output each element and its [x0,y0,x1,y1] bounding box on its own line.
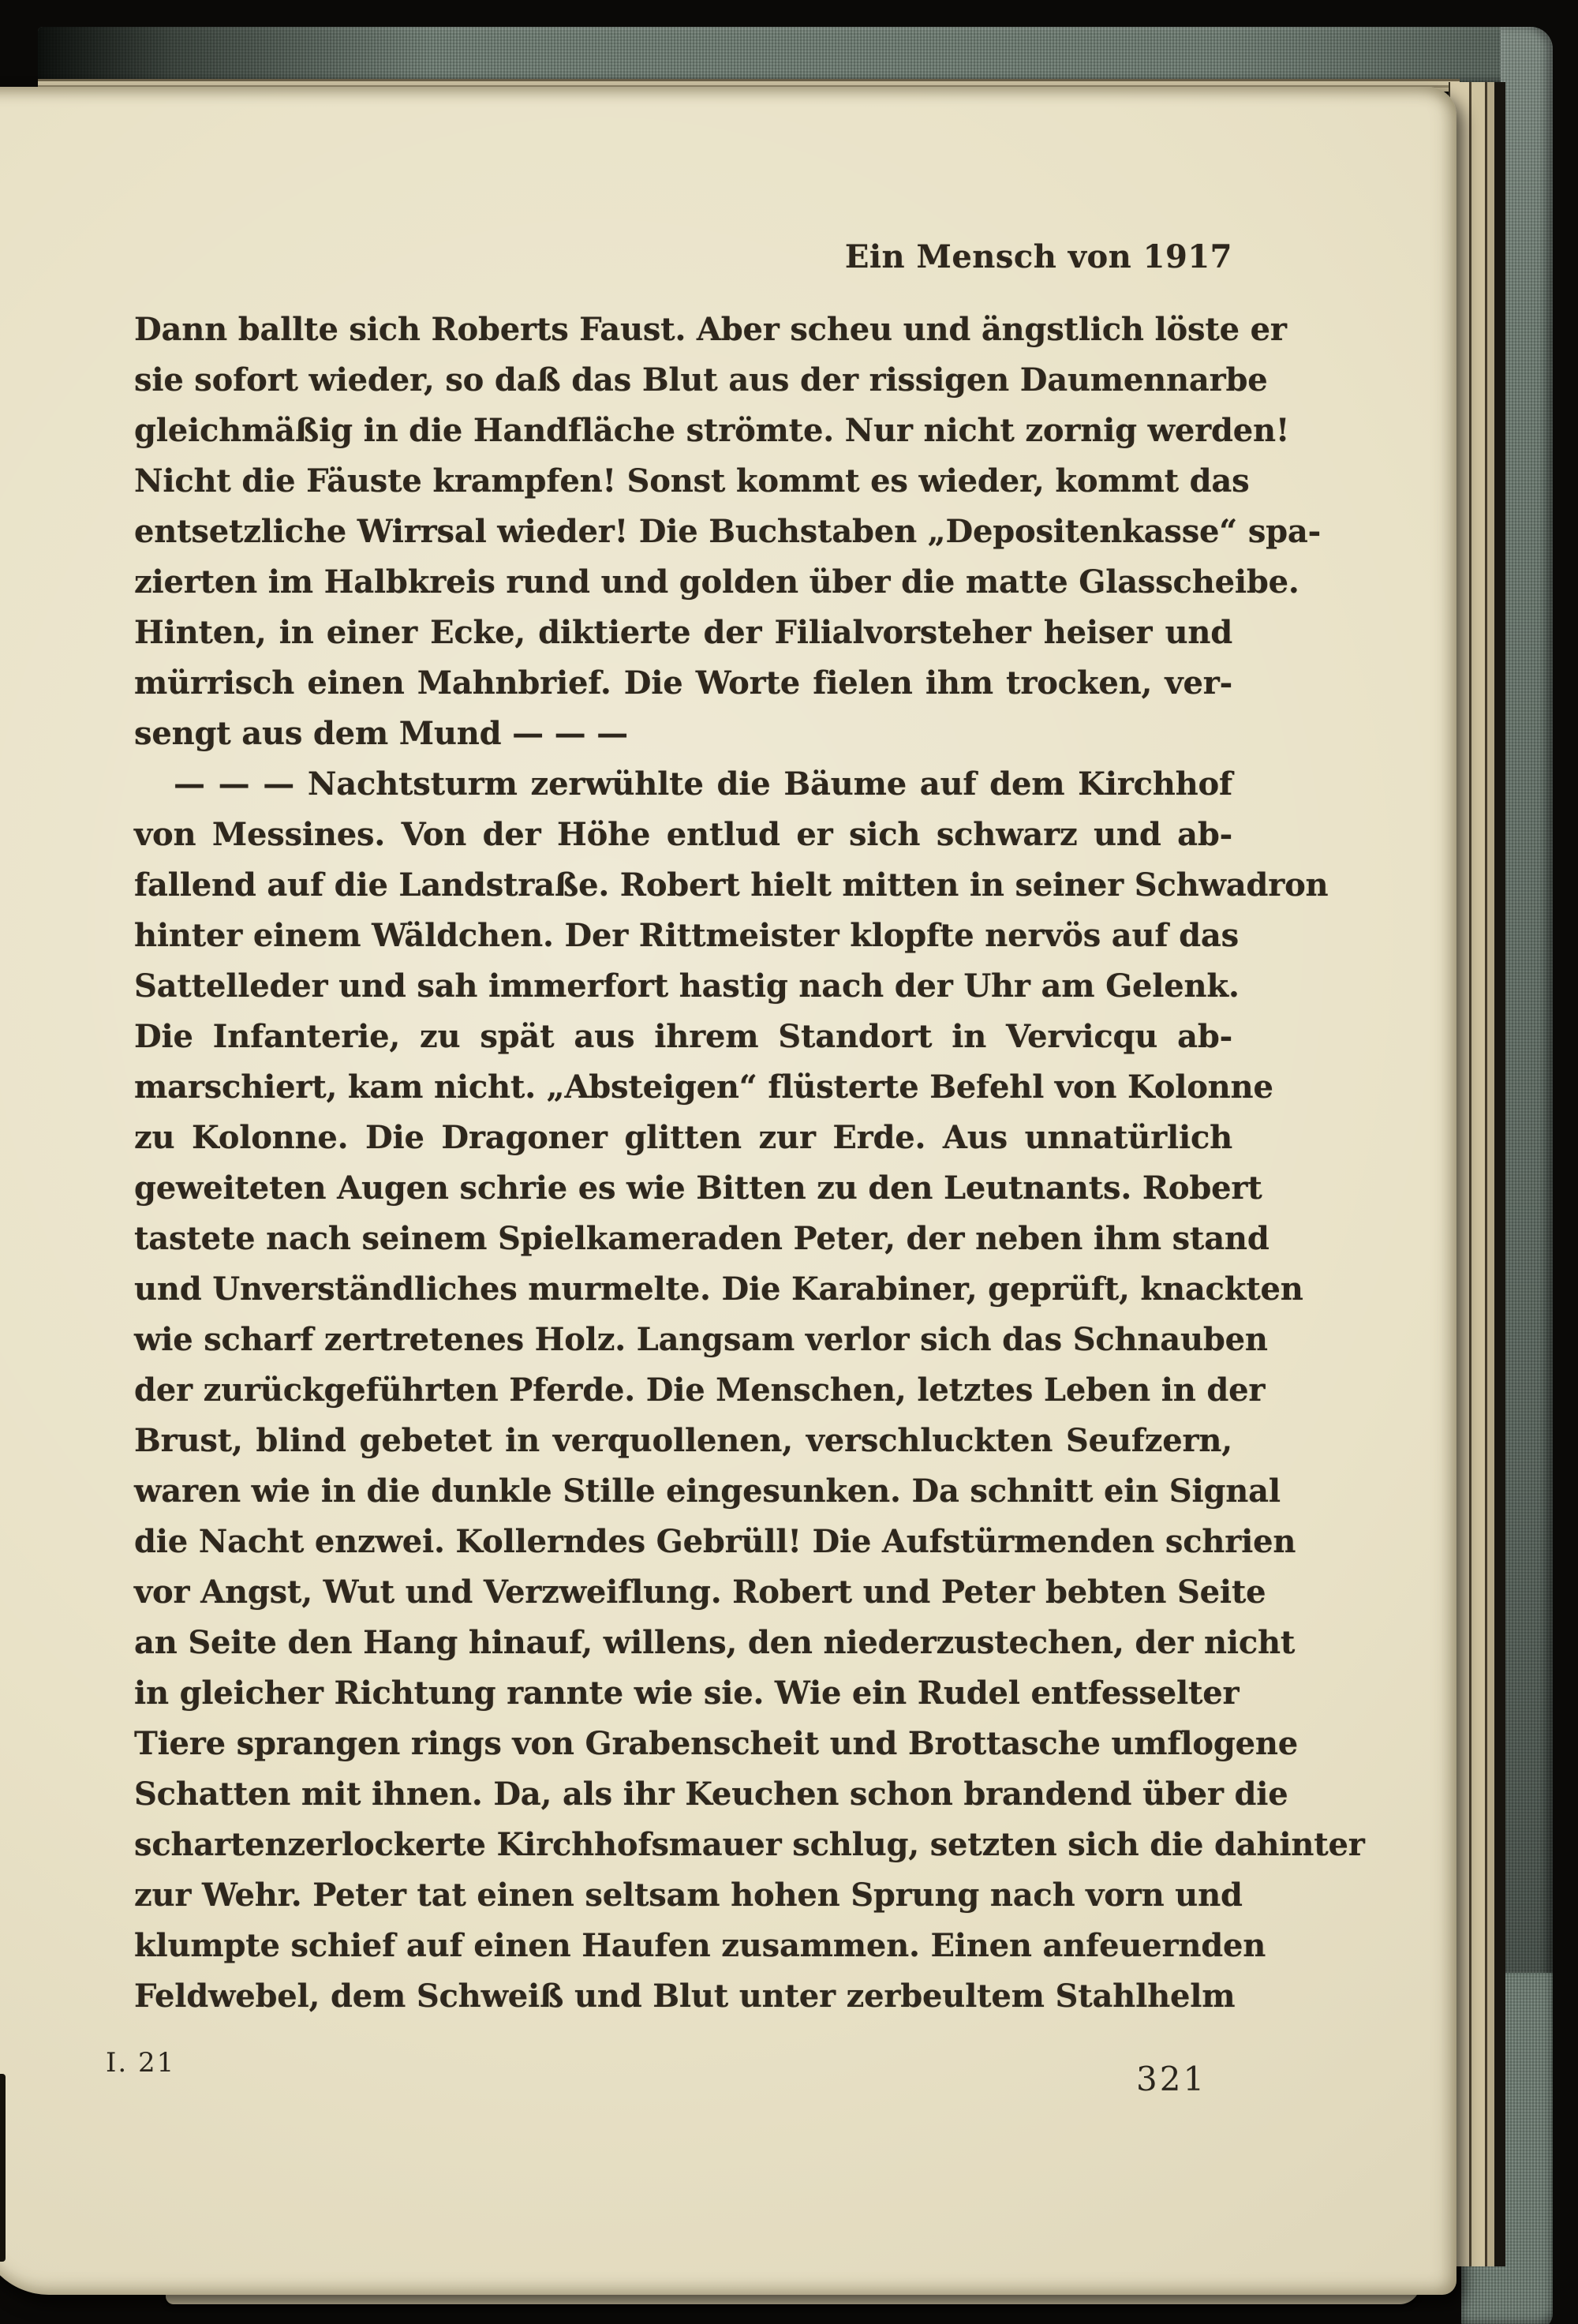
book-cover-cloth-right-edge [1501,27,1553,2213]
text-line: zur Wehr. Peter tat einen seltsam hohen … [134,1870,1232,1921]
text-line: an Seite den Hang hinauf, willens, den n… [134,1618,1232,1668]
text-line: zierten im Halbkreis rund und golden übe… [134,557,1232,608]
text-line: entsetzliche Wirrsal wieder! Die Buchsta… [134,507,1232,557]
text-line: sie sofort wieder, so daß das Blut aus d… [134,355,1232,406]
left-page-edge-sliver [0,2074,6,2262]
text-line: — — — Nachtsturm zerwühlte die Bäume auf… [134,759,1232,810]
text-line: gleichmäßig in die Handfläche strömte. N… [134,406,1232,456]
body-text: Dann ballte sich Roberts Faust. Aber sch… [134,305,1232,2022]
book-cover-cloth-top-edge [38,27,1550,84]
signature-mark: I. 21 [106,2047,175,2079]
text-line: Sattelleder und sah immerfort hastig nac… [134,961,1232,1012]
running-header: Ein Mensch von 1917 [134,238,1232,289]
text-line: hinter einem Wäldchen. Der Rittmeister k… [134,911,1232,961]
text-line: von Messines. Von der Höhe entlud er sic… [134,810,1232,860]
text-line: Schatten mit ihnen. Da, als ihr Keuchen … [134,1769,1232,1820]
text-line: tastete nach seinem Spielkameraden Peter… [134,1214,1232,1264]
book-page: Ein Mensch von 1917 Dann ballte sich Rob… [0,87,1456,2295]
text-line: Hinten, in einer Ecke, diktierte der Fil… [134,608,1232,658]
text-line: Nicht die Fäuste krampfen! Sonst kommt e… [134,456,1232,507]
text-line: mürrisch einen Mahnbrief. Die Worte fiel… [134,658,1232,709]
text-line: wie scharf zertretenes Holz. Langsam ver… [134,1315,1232,1365]
text-line: Tiere sprangen rings von Grabenscheit un… [134,1719,1232,1769]
text-line: Feldwebel, dem Schweiß und Blut unter ze… [134,1971,1232,2022]
text-line: fallend auf die Landstraße. Robert hielt… [134,860,1232,911]
text-line: vor Angst, Wut und Verzweiflung. Robert … [134,1567,1232,1618]
text-line: zu Kolonne. Die Dragoner glitten zur Erd… [134,1113,1232,1163]
text-line: sengt aus dem Mund — — — [134,709,1232,759]
text-line: geweiteten Augen schrie es wie Bitten zu… [134,1163,1232,1214]
text-line: der zurückgeführten Pferde. Die Menschen… [134,1365,1232,1416]
text-line: Brust, blind gebetet in verquollenen, ve… [134,1416,1232,1466]
text-line: die Nacht enzwei. Kollerndes Gebrüll! Di… [134,1517,1232,1567]
text-line: in gleicher Richtung rannte wie sie. Wie… [134,1668,1232,1719]
text-line: klumpte schief auf einen Haufen zusammen… [134,1921,1232,1971]
page-number: 321 [1136,2060,1206,2098]
text-line: schartenzerlockerte Kirchhofsmauer schlu… [134,1820,1232,1870]
page-stack-edge-right [1449,82,1505,2266]
text-line: und Unverständliches murmelte. Die Karab… [134,1264,1232,1315]
text-line: Dann ballte sich Roberts Faust. Aber sch… [134,305,1232,355]
book-photo: Ein Mensch von 1917 Dann ballte sich Rob… [0,0,1578,2324]
text-line: Die Infanterie, zu spät aus ihrem Stando… [134,1012,1232,1062]
text-line: waren wie in die dunkle Stille eingesunk… [134,1466,1232,1517]
text-line: marschiert, kam nicht. „Absteigen“ flüst… [134,1062,1232,1113]
